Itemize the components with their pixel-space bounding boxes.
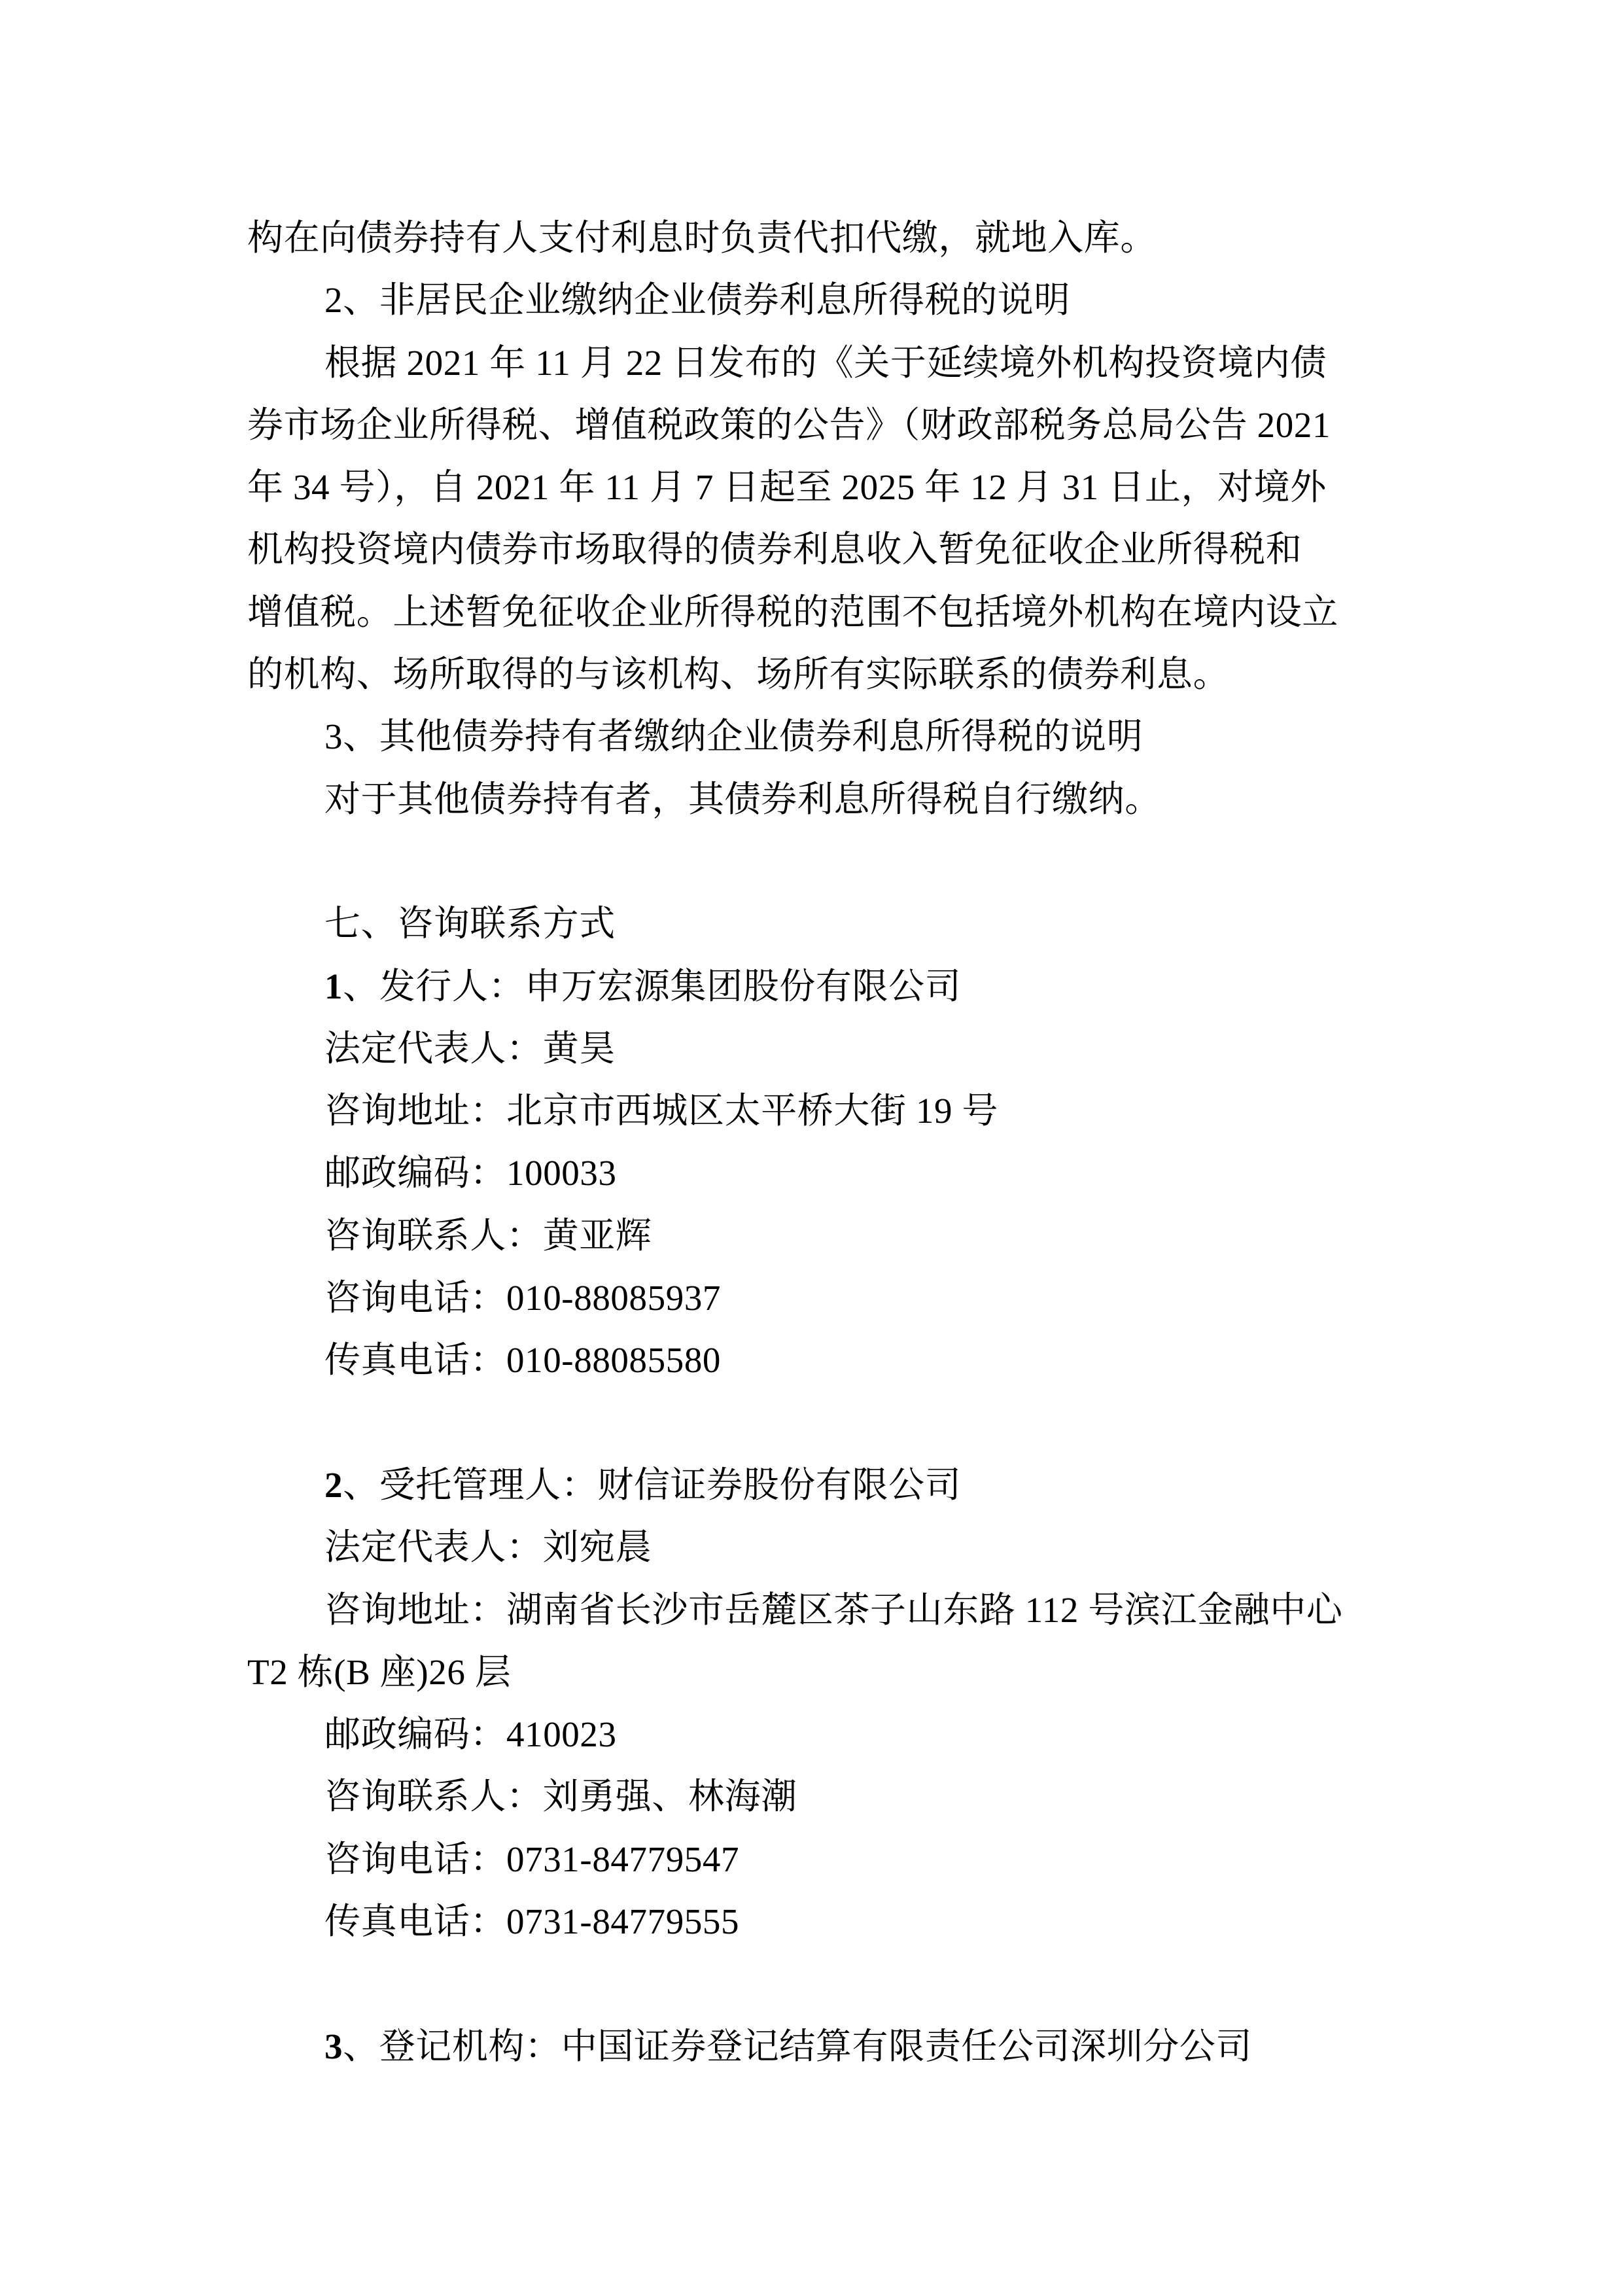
section-other-title: 3、其他债券持有者缴纳企业债券利息所得税的说明	[247, 705, 1376, 768]
trustee-postcode: 邮政编码：410023	[247, 1703, 1376, 1765]
issuer-postcode: 邮政编码：100033	[247, 1142, 1376, 1204]
issuer-phone: 咨询电话：010-88085937	[247, 1267, 1376, 1329]
registrar-title: 3、登记机构：中国证券登记结算有限责任公司深圳分公司	[247, 2015, 1376, 2077]
trustee-number: 2	[324, 1465, 343, 1505]
nonresident-paragraph-line: 年 34 号），自 2021 年 11 月 7 日起至 2025 年 12 月 …	[247, 456, 1376, 518]
issuer-title: 1、发行人：申万宏源集团股份有限公司	[247, 955, 1376, 1017]
registrar-number: 3	[324, 2026, 343, 2066]
registrar-title-text: 、登记机构：中国证券登记结算有限责任公司深圳分公司	[343, 2026, 1252, 2066]
spacer	[247, 1392, 1376, 1454]
trustee-address-line1: 咨询地址：湖南省长沙市岳麓区茶子山东路 112 号滨江金融中心	[247, 1579, 1376, 1641]
trustee-title-text: 、受托管理人：财信证券股份有限公司	[343, 1465, 961, 1505]
document-page: 构在向债券持有人支付利息时负责代扣代缴，就地入库。 2、非居民企业缴纳企业债券利…	[247, 207, 1376, 2077]
issuer-address: 咨询地址：北京市西城区太平桥大街 19 号	[247, 1080, 1376, 1142]
nonresident-paragraph-line: 券市场企业所得税、增值税政策的公告》（财政部税务总局公告 2021	[247, 394, 1376, 456]
nonresident-paragraph-line: 增值税。上述暂免征收企业所得税的范围不包括境外机构在境内设立	[247, 581, 1376, 643]
nonresident-paragraph-line: 根据 2021 年 11 月 22 日发布的《关于延续境外机构投资境内债	[247, 332, 1376, 394]
issuer-title-text: 、发行人：申万宏源集团股份有限公司	[343, 966, 961, 1006]
nonresident-paragraph-line: 机构投资境内债券市场取得的债券利息收入暂免征收企业所得税和	[247, 518, 1376, 580]
trustee-title: 2、受托管理人：财信证券股份有限公司	[247, 1454, 1376, 1516]
trustee-contact: 咨询联系人：刘勇强、林海潮	[247, 1765, 1376, 1828]
issuer-legal-rep: 法定代表人：黄昊	[247, 1017, 1376, 1080]
trustee-fax: 传真电话：0731-84779555	[247, 1890, 1376, 1952]
contact-section-heading: 七、咨询联系方式	[247, 892, 1376, 955]
nonresident-paragraph-line: 的机构、场所取得的与该机构、场所有实际联系的债券利息。	[247, 643, 1376, 705]
issuer-number: 1	[324, 966, 343, 1006]
section-nonresident-title: 2、非居民企业缴纳企业债券利息所得税的说明	[247, 269, 1376, 331]
issuer-fax: 传真电话：010-88085580	[247, 1329, 1376, 1391]
continuation-text: 构在向债券持有人支付利息时负责代扣代缴，就地入库。	[247, 207, 1376, 269]
section-other-body: 对于其他债券持有者，其债券利息所得税自行缴纳。	[247, 768, 1376, 830]
trustee-legal-rep: 法定代表人：刘宛晨	[247, 1516, 1376, 1578]
spacer	[247, 830, 1376, 892]
spacer	[247, 1952, 1376, 2015]
trustee-address-line2: T2 栋(B 座)26 层	[247, 1641, 1376, 1703]
trustee-phone: 咨询电话：0731-84779547	[247, 1828, 1376, 1890]
issuer-contact: 咨询联系人：黄亚辉	[247, 1205, 1376, 1267]
